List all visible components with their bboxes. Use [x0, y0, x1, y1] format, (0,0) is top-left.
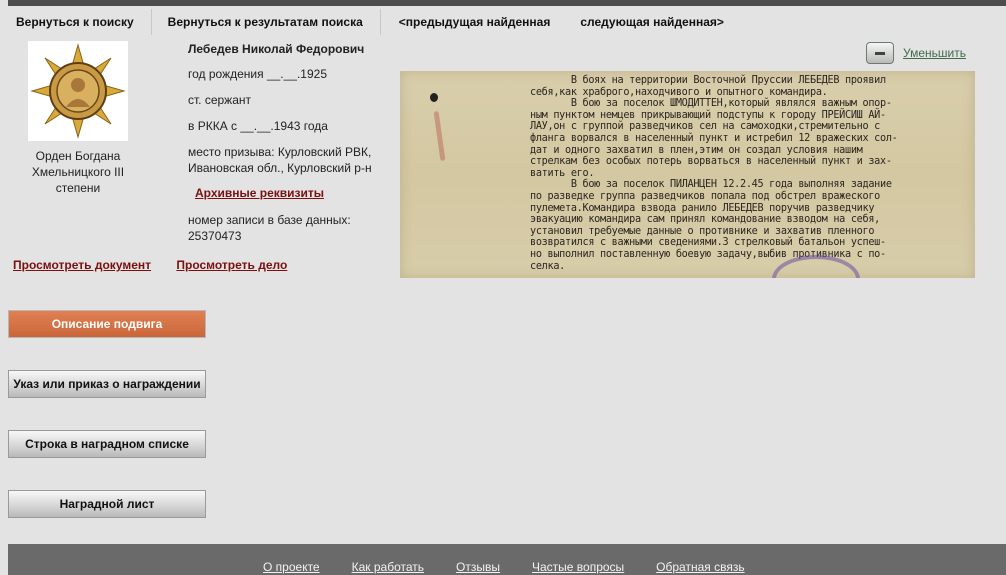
award-caption: Орден Богдана Хмельницкого III степени: [18, 148, 138, 196]
footer-feedback-link[interactable]: Обратная связь: [656, 560, 744, 574]
draft-place: место призыва: Курловский РВК, Ивановска…: [188, 144, 388, 176]
archive-details-link[interactable]: Архивные реквизиты: [195, 186, 388, 200]
military-rank: ст. сержант: [188, 92, 388, 108]
footer-about-link[interactable]: О проекте: [263, 560, 320, 574]
back-to-results-link[interactable]: Вернуться к результатам поиска: [152, 8, 380, 36]
order-medal-icon: [28, 41, 128, 141]
footer: О проекте Как работать Отзывы Частые воп…: [8, 544, 1006, 575]
person-info: Лебедев Николай Федорович год рождения _…: [188, 40, 388, 254]
footer-reviews-link[interactable]: Отзывы: [456, 560, 500, 574]
document-typed-text: В боях на территории Восточной Пруссии Л…: [530, 75, 970, 272]
back-to-search-link[interactable]: Вернуться к поиску: [0, 8, 151, 36]
record-number: номер записи в базе данных: 25370473: [188, 212, 388, 244]
footer-links: О проекте Как работать Отзывы Частые воп…: [263, 560, 777, 574]
top-bar: [8, 0, 1006, 6]
person-name: Лебедев Николай Федорович: [188, 40, 388, 58]
document-scan-image[interactable]: В боях на территории Восточной Пруссии Л…: [400, 71, 975, 278]
view-document-link[interactable]: Просмотреть документ: [13, 258, 151, 272]
footer-how-to-link[interactable]: Как работать: [352, 560, 424, 574]
zoom-control: Уменьшить: [866, 42, 966, 64]
next-found-link[interactable]: следующая найденная>: [562, 8, 736, 36]
zoom-out-button[interactable]: [866, 42, 894, 64]
top-navigation: Вернуться к поиску Вернуться к результат…: [0, 8, 736, 36]
birth-date: год рождения __.__.1925: [188, 66, 388, 82]
feat-description-button[interactable]: Описание подвига: [8, 310, 206, 338]
document-links: Просмотреть документ Просмотреть дело: [13, 258, 309, 272]
paper-stain: [434, 111, 446, 161]
minus-icon: [875, 52, 885, 55]
footer-faq-link[interactable]: Частые вопросы: [532, 560, 624, 574]
award-list-row-button[interactable]: Строка в наградном списке: [8, 430, 206, 458]
decree-button[interactable]: Указ или приказ о награждении: [8, 370, 206, 398]
zoom-out-link[interactable]: Уменьшить: [903, 46, 966, 60]
view-case-link[interactable]: Просмотреть дело: [176, 258, 287, 272]
service-start: в РККА с __.__.1943 года: [188, 118, 388, 134]
punch-hole: [430, 93, 438, 102]
award-sheet-button[interactable]: Наградной лист: [8, 490, 206, 518]
previous-found-link[interactable]: <предыдущая найденная: [381, 8, 563, 36]
